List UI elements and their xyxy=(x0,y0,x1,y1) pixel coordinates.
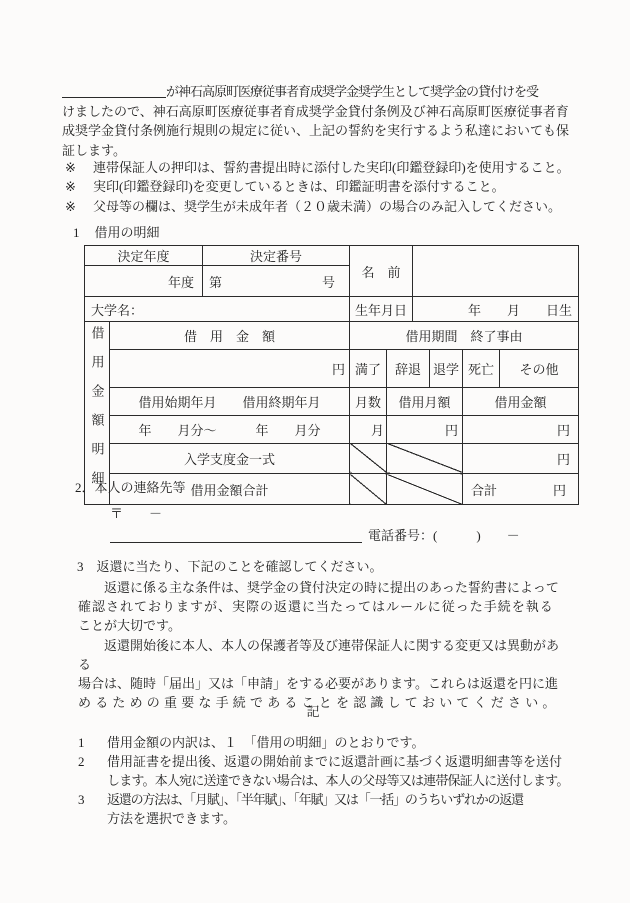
postal-code-line: 〒 － xyxy=(110,503,162,522)
intro-line-1: が神石高原町医療従事者育成奨学金奨学生として奨学金の貸付けを受 xyxy=(62,82,574,102)
list-item-text: 借用金額の内訳は、１ 「借用の明細」のとおりです。 xyxy=(107,733,424,752)
intro-line-1-text: が神石高原町医療従事者育成奨学金奨学生として奨学金の貸付けを受 xyxy=(166,84,538,99)
notes-block: ※ 連帯保証人の押印は、誓約書提出時に添付した実印(印鑑登録印)を使用すること。… xyxy=(65,158,577,216)
decision-number-value-cell: 第号 xyxy=(203,266,350,297)
list-item-number: 3 xyxy=(78,790,107,828)
period-labels-cell: 借用始期年月 借用終期年月 xyxy=(110,387,350,415)
list-item-text: 返還の方法は、「月賦」、「半年賦」、「年賦」又は「一括」のうちいずれかの返還 方… xyxy=(107,790,523,828)
entrance-fee-label-cell: 入学支度金一式 xyxy=(110,443,350,474)
address-phone-line: 電話番号：( ) － xyxy=(110,525,520,544)
section3-line: 確認されておりますが、実際の返還に当たってはルールに従った手続を執る xyxy=(78,597,568,616)
list-item-text: 借用証書を提出後、返還の開始前までに返還計画に基づく返還明細書等を送付 します。… xyxy=(107,752,569,790)
birthdate-value-cell: 年 月 日生 xyxy=(413,297,579,322)
section3-line: 場合は、随時「届出」又は「申請」をする必要があります。これらは返還を円に進 xyxy=(78,674,568,693)
section3-paragraph: 返還に係る主な条件は、奨学金の貸付決定の時に提出のあった誓約書によって 確認され… xyxy=(78,578,568,712)
note-text: 連帯保証人の押印は、誓約書提出時に添付した実印(印鑑登録印)を使用すること。 xyxy=(93,158,570,177)
loan-amount-col-header-cell: 借用金額 xyxy=(463,387,579,415)
list-line: します。本人宛に送達できない場合は、本人の父母等又は連帯保証人に送付します。 xyxy=(107,771,569,790)
section3-line: 返還開始後に本人、本人の保護者等及び連帯保証人に関する変更又は異動がある xyxy=(78,636,568,674)
monthly-amount-header-cell: 借用月額 xyxy=(387,387,463,415)
section3-line: 返還に係る主な条件は、奨学金の貸付決定の時に提出のあった誓約書によって xyxy=(78,578,568,597)
bottom-list: 1 借用金額の内訳は、１ 「借用の明細」のとおりです。 2 借用証書を提出後、返… xyxy=(78,733,574,828)
loan-amount-value-cell: 円 xyxy=(110,349,350,387)
university-cell: 大学名： xyxy=(85,297,350,322)
section3-line: ことが大切です。 xyxy=(78,616,568,635)
section3-number: 3 xyxy=(77,559,84,574)
diagonal-cell xyxy=(387,443,463,474)
entrance-fee-value-cell: 円 xyxy=(463,443,579,474)
note-line: ※ 連帯保証人の押印は、誓約書提出時に添付した実印(印鑑登録印)を使用すること。 xyxy=(65,158,577,177)
loan-detail-table: 決定年度 決定番号 名 前 年度 第号 大学名： 生年月日 年 月 日生 借用金… xyxy=(84,245,579,505)
name-label-cell: 名 前 xyxy=(350,246,413,297)
section1-number: 1 xyxy=(73,225,80,240)
list-line: 借用金額の内訳は、１ 「借用の明細」のとおりです。 xyxy=(107,735,424,750)
note-marker-icon: ※ xyxy=(65,158,93,177)
diagonal-cell xyxy=(350,474,387,505)
loan-amount-header-cell: 借 用 金 額 xyxy=(110,322,350,350)
list-item: 1 借用金額の内訳は、１ 「借用の明細」のとおりです。 xyxy=(78,733,574,752)
loan-period-header-cell: 借用期間 終了事由 xyxy=(350,322,579,350)
decision-year-header: 決定年度 xyxy=(85,246,203,266)
months-header-cell: 月数 xyxy=(350,387,387,415)
intro-line-2: けましたので、神石高原町医療従事者育成奨学金貸付条例及び神石高原町医療従事者育 xyxy=(62,102,574,122)
months-value-cell: 月 xyxy=(350,415,387,443)
end-reason-other-cell: その他 xyxy=(500,349,579,387)
address-blank xyxy=(110,527,362,543)
section2-heading: 2．本人の連絡先等 xyxy=(75,477,186,496)
period-value-cell: 年 月分〜 年 月分 xyxy=(110,415,350,443)
diagonal-cell xyxy=(350,443,387,474)
document-page: が神石高原町医療従事者育成奨学金奨学生として奨学金の貸付けを受 けましたので、神… xyxy=(0,0,630,903)
loan-amount-value-cell2: 円 xyxy=(463,415,579,443)
list-item: 3 返還の方法は、「月賦」、「半年賦」、「年賦」又は「一括」のうちいずれかの返還… xyxy=(78,790,574,828)
total-label: 合計 xyxy=(471,480,497,499)
birthdate-label-cell: 生年月日 xyxy=(350,297,413,322)
total-value-cell: 合計円 xyxy=(463,474,579,505)
number-prefix: 第 xyxy=(209,272,222,291)
total-yen: 円 xyxy=(553,480,566,499)
intro-paragraph: が神石高原町医療従事者育成奨学金奨学生として奨学金の貸付けを受 けましたので、神… xyxy=(62,82,574,160)
end-reason-expire-cell: 満了 xyxy=(350,349,387,387)
list-line: 借用証書を提出後、返還の開始前までに返還計画に基づく返還明細書等を送付 xyxy=(107,752,569,771)
note-text: 父母等の欄は、奨学生が未成年者（２０歳未満）の場合のみ記入してください。 xyxy=(93,197,561,216)
diagonal-cell xyxy=(387,474,463,505)
note-marker-icon: ※ xyxy=(65,197,93,216)
vertical-label-text: 借用金額明細 xyxy=(91,326,104,500)
list-item-number: 1 xyxy=(78,733,107,752)
note-text: 実印(印鑑登録印)を変更しているときは、印鑑証明書を添付すること。 xyxy=(93,177,505,196)
ki-heading: 記 xyxy=(62,701,564,720)
note-line: ※ 父母等の欄は、奨学生が未成年者（２０歳未満）の場合のみ記入してください。 xyxy=(65,197,577,216)
name-value-cell xyxy=(413,246,579,297)
end-reason-death-cell: 死亡 xyxy=(463,349,500,387)
number-suffix: 号 xyxy=(322,272,335,291)
section2-title: 本人の連絡先等 xyxy=(95,480,186,495)
decision-year-value-cell: 年度 xyxy=(85,266,203,297)
list-line: 返還の方法は、「月賦」、「半年賦」、「年賦」又は「一括」のうちいずれかの返還 xyxy=(107,790,523,809)
list-item: 2 借用証書を提出後、返還の開始前までに返還計画に基づく返還明細書等を送付 しま… xyxy=(78,752,574,790)
monthly-amount-value-cell: 円 xyxy=(387,415,463,443)
phone-number-label: 電話番号：( ) － xyxy=(368,528,520,543)
section3-heading: 3返還に当たり、下記のことを確認してください。 xyxy=(77,556,383,575)
section2-number: 2． xyxy=(75,480,95,495)
section1-title: 借用の明細 xyxy=(95,225,160,240)
decision-number-header: 決定番号 xyxy=(203,246,350,266)
intro-line-3: 成奨学金貸付条例施行規則の規定に従い、上記の誓約を実行するよう私達においても保 xyxy=(62,121,574,141)
list-item-number: 2 xyxy=(78,752,107,790)
section3-title: 返還に当たり、下記のことを確認してください。 xyxy=(97,559,383,574)
note-marker-icon: ※ xyxy=(65,177,93,196)
section1-heading: 1借用の明細 xyxy=(73,222,160,241)
end-reason-withdraw-cell: 退学 xyxy=(430,349,463,387)
note-line: ※ 実印(印鑑登録印)を変更しているときは、印鑑証明書を添付すること。 xyxy=(65,177,577,196)
list-line: 方法を選択できます。 xyxy=(107,809,523,828)
end-reason-decline-cell: 辞退 xyxy=(387,349,430,387)
guarantor-name-blank xyxy=(62,83,166,98)
